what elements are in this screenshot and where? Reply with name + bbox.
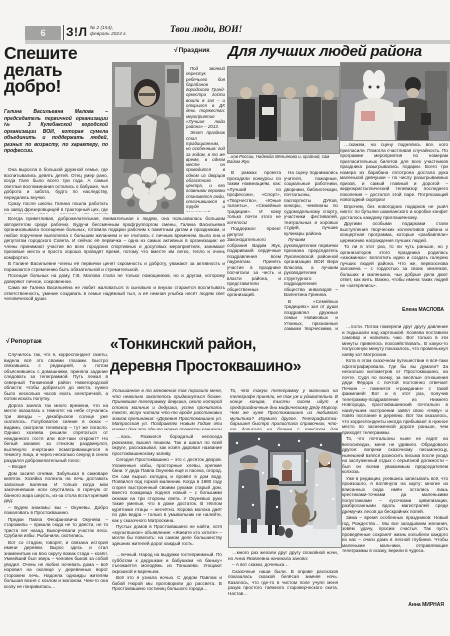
holiday-column-b: На сцену поднимались учителя, пожарные, … bbox=[284, 170, 338, 332]
prostokvashino-cartoon-illustration bbox=[228, 432, 342, 548]
paragraph: В «Семейных традициях» зал от души поздр… bbox=[284, 299, 338, 333]
paragraph: В Галине Васильевне члены её первички це… bbox=[4, 261, 225, 272]
village-title-line1: «Тонкинский район, bbox=[110, 334, 342, 356]
paragraph: Дом засиял огнями. Забулькал в самоваре … bbox=[4, 471, 108, 504]
paragraph: Пустых домов в Простоквашино не найти, х… bbox=[112, 524, 222, 546]
rubric-holiday: √Праздник bbox=[174, 47, 209, 54]
paragraph: То ли в этот раз, то ли чуть раньше, но … bbox=[340, 244, 448, 288]
page-number-badge: 6 bbox=[25, 26, 61, 40]
paragraph: Она выросла в большой дружной семье, где… bbox=[4, 167, 108, 200]
paragraph: Кота в этом сказочном путешествии я всё-… bbox=[342, 358, 448, 435]
paragraph: Всё это я узнала ночью. С дедом Павлом и… bbox=[112, 575, 222, 592]
rubric-report: √Репортаж bbox=[6, 338, 42, 345]
paragraph: Этот праздник стал традиционным, но особ… bbox=[186, 130, 225, 212]
paragraph: Сразу после школы Галина пошла работать … bbox=[4, 201, 108, 214]
paragraph: …лась. Разжился бородатый непоседа рюкза… bbox=[112, 434, 222, 456]
village-title-line2: деревня Простоквашино» bbox=[110, 356, 342, 378]
holiday-column-a: В рамках проекта проходили конкурсы по т… bbox=[227, 170, 281, 332]
award-ceremony-group-photo bbox=[227, 66, 340, 154]
village-column-bottom-mid: …много раз желали друг другу спокойной н… bbox=[228, 550, 338, 634]
left-article-lead: Галина Васильевна Малова – председатель … bbox=[4, 109, 108, 165]
paragraph: – А вот сказки, доченька… bbox=[228, 562, 338, 568]
group-photo-caption: …ков России, Надежда Мельянова и, крайни… bbox=[227, 154, 338, 168]
paragraph: Зима – время особенных праздников: Новый… bbox=[342, 515, 448, 554]
paragraph: Сказочные наши были. В оправе рассказов … bbox=[228, 569, 338, 597]
paragraph: В рамках проекта проходили конкурсы по т… bbox=[227, 170, 281, 225]
paragraph: Лучшим руководителем первички признана п… bbox=[284, 237, 338, 298]
paragraph: …печный. Народ на выдумки гостеприимный.… bbox=[112, 552, 222, 574]
village-column-mid: …лась. Разжился бородатый непоседа рюкза… bbox=[112, 434, 222, 550]
holiday-article-signature: Елена МАСЛОВА bbox=[340, 307, 444, 313]
masthead-logo: З!Л bbox=[66, 25, 87, 39]
newspaper-page: 6 З!Л № 2 (154), февраль 2024 г. Твои лю… bbox=[0, 0, 450, 636]
paragraph: Под звонкий перестук ребячьего боя бараб… bbox=[186, 66, 225, 129]
paragraph: …гости. Потом померяли друг другу давлен… bbox=[342, 324, 448, 357]
paragraph: …скажем, на сцену поднялись все, кого пр… bbox=[340, 142, 448, 203]
running-head: Твои люди, ВОИ! bbox=[170, 25, 242, 35]
paragraph: – Будем знакомы: мы – Окуневы. Добро пож… bbox=[4, 505, 108, 516]
village-column-right: …гости. Потом померяли друг другу давлен… bbox=[342, 324, 448, 600]
issue-month: февраль 2024 г. bbox=[90, 32, 127, 38]
woman-with-bouquet-photo bbox=[112, 62, 184, 214]
paragraph: …много раз желали друг другу спокойной н… bbox=[228, 550, 338, 561]
check-icon: √ bbox=[174, 47, 178, 54]
paragraph: – Входи! bbox=[4, 464, 108, 470]
paragraph: Случилось так, что я, корреспондент газе… bbox=[4, 352, 108, 402]
paragraph: Предки Павла Феофановича Окунева – старо… bbox=[4, 517, 108, 539]
holiday-column-c: …скажем, на сцену поднялись все, кого пр… bbox=[340, 142, 448, 305]
paragraph: На сцену поднимались учителя, пожарные, … bbox=[284, 170, 338, 236]
left-article-title: Спешите делать добро! bbox=[4, 45, 110, 95]
paragraph: Уже в редакции, усевшись записывать всё,… bbox=[342, 476, 448, 515]
village-article-title: «Тонкинский район, деревня Простоквашино… bbox=[110, 334, 342, 379]
left-article-body-narrow: Она выросла в большой дружной семье, где… bbox=[4, 167, 108, 214]
holiday-article-title: Для лучших людей района bbox=[228, 44, 450, 59]
holiday-article-lead: Под звонкий перестук ребячьего боя бараб… bbox=[186, 66, 225, 212]
paragraph: Вот со стадом, говорят, и связана истори… bbox=[4, 540, 108, 590]
paragraph: Сама же Галина Васильевна не любит жалов… bbox=[4, 285, 225, 302]
village-lead-col2: То, что такую телеграмму у мальчика на т… bbox=[230, 388, 338, 430]
village-lead-col1: Услышанное в то мгновение так поразило м… bbox=[112, 388, 222, 430]
paragraph: Поддержал проект депутат Законодательног… bbox=[227, 226, 281, 298]
paragraph: Посещая больных на дому, Г.В. Малова ста… bbox=[4, 273, 225, 284]
paragraph: То, что почтальоны ныне не ездят на вело… bbox=[342, 436, 448, 475]
left-article-body-wide: Всегда приветливая, доброжелательная, вн… bbox=[4, 216, 225, 332]
masthead-divider bbox=[63, 25, 64, 41]
paragraph: Всегда приветливая, доброжелательная, вн… bbox=[4, 216, 225, 260]
rubric-report-label: Репортаж bbox=[11, 338, 42, 345]
report-article-body: Случилось так, что я, корреспондент газе… bbox=[4, 352, 108, 592]
issue-date: № 2 (154), февраль 2024 г. bbox=[90, 26, 127, 38]
check-icon: √ bbox=[6, 338, 10, 345]
paragraph: Впрочем, без новогодних подарков не ушёл… bbox=[340, 204, 448, 221]
mascot-and-guest-photo bbox=[340, 62, 450, 141]
paragraph: Другими особыми подарками стали выступле… bbox=[340, 221, 448, 243]
village-column-bottom-left: …печный. Народ на выдумки гостеприимный.… bbox=[112, 552, 222, 632]
paragraph: Сегодня Простоквашино – это с десяток дв… bbox=[112, 457, 222, 523]
village-article-signature: Анна МИРНАЯ bbox=[342, 602, 444, 608]
paragraph: Дорога заняла так много времени, что на … bbox=[4, 403, 108, 464]
rubric-holiday-label: Праздник bbox=[179, 47, 210, 54]
